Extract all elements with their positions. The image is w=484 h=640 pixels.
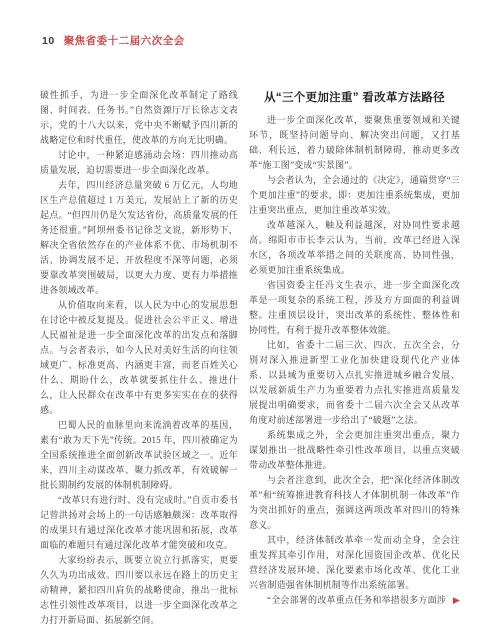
paragraph: 系统集成之外，全会更加注重突出重点，聚力谋划推出一批战略性牵引性改革项目，以重点… [249, 428, 460, 473]
paragraph: 改革越深入，触及利益越深，对协同性要求越高。绵阳市市长李云认为，当前，改革已经进… [249, 218, 460, 278]
paragraph: 其中，经济体制改革牵一发而动全身，全会注重发挥其牵引作用，对深化国资国企改革、优… [249, 533, 460, 593]
paragraph: 与会者注意到，此次全会，把“深化经济体制改革”和“统筹推进教育科技人才体制机制一… [249, 473, 460, 533]
paragraph-text: “全会部署的改革重点任务和举措很多方面涉 [267, 595, 446, 605]
paragraph: “改革只有进行时、没有完成时。”自贡市委书记曾洪扬对会场上的一句话感触颇深：改革… [40, 493, 238, 553]
article-heading: 从“三个更加注重” 看改革方法路径 [249, 90, 460, 106]
paragraph: 巴蜀人民的血脉里向来流淌着改革的基因，素有“敢为天下先”传统。2015 年，四川… [40, 418, 238, 493]
paragraph: 去年，四川经济总量突破 6 万亿元，人均地区生产总值超过 1 万美元，发展站上了… [40, 178, 238, 298]
paragraph: 大家纷纷表示，既要立说立行抓落实，更要久久为功出成效。四川要以永远在路上的历史主… [40, 553, 238, 628]
paragraph: 与会者认为，全会通过的《决定》，通篇贯穿“三个更加注重”的要求，即：更加注重系统… [249, 173, 460, 218]
section-label: 聚焦省委十二届六次全会 [64, 33, 185, 48]
paragraph: 破性抓手，为进一步全面深化改革制定了路线图、时间表、任务书。”自然资源厅厅长徐志… [40, 88, 238, 148]
paragraph: 比如，省委十二届三次、四次、五次全会，分别对深入推进新型工业化加快建设现代化产业… [249, 338, 460, 428]
right-column: 从“三个更加注重” 看改革方法路径 进一步全面深化改革，要聚焦重要领域和关键环节… [249, 88, 460, 628]
page-number: 10 [42, 35, 55, 47]
continued-next-page-arrow-icon: ▶ [435, 594, 460, 609]
page-header: 10 聚焦省委十二届六次全会 [42, 33, 185, 48]
paragraph: 进一步全面深化改革，要聚焦重要领域和关键环节，既坚持问题导向、解决突出问题，又打… [249, 113, 460, 173]
paragraph: “全会部署的改革重点任务和举措很多方面涉▶ [249, 593, 460, 608]
paragraph: 讨论中，一种紧迫感涌动会场：四川推动高质量发展，迫切需要进一步全面深化改革。 [40, 148, 238, 178]
article-columns: 破性抓手，为进一步全面深化改革制定了路线图、时间表、任务书。”自然资源厅厅长徐志… [40, 88, 460, 628]
paragraph: 从价值取向来看，以人民为中心的发展思想在讨论中被反复提及。促进社会公平正义、增进… [40, 298, 238, 418]
paragraph: 省国资委主任冯文生表示，进一步全面深化改革是一项复杂的系统工程，涉及方方面面的利… [249, 278, 460, 338]
magazine-page: 10 聚焦省委十二届六次全会 破性抓手，为进一步全面深化改革制定了路线图、时间表… [0, 0, 484, 640]
left-column: 破性抓手，为进一步全面深化改革制定了路线图、时间表、任务书。”自然资源厅厅长徐志… [40, 88, 238, 628]
